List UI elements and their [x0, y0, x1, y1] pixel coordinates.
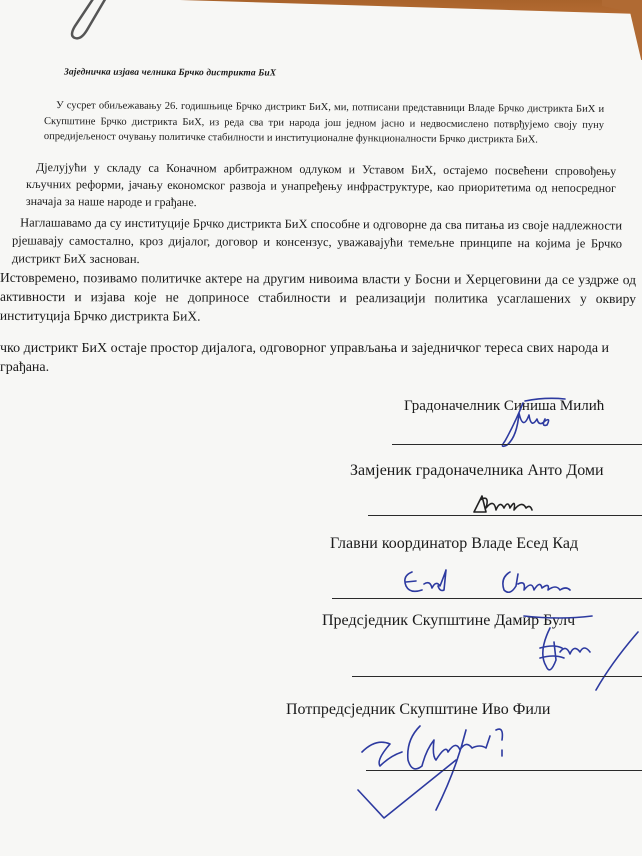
signature-2: [470, 490, 560, 525]
signature-line-5: [366, 770, 642, 771]
document-title: Заједничка изјава челника Брчко дистрикт…: [64, 67, 276, 78]
paragraph-2: Дјелујући у складу са Коначном арбитражн…: [26, 159, 616, 214]
signatory-2-title: Замјеник градоначелника Анто Доми: [350, 462, 604, 480]
signature-4: [520, 612, 642, 707]
signature-line-4: [352, 676, 642, 677]
signature-line-1: [392, 444, 642, 445]
paragraph-5: чко дистрикт БиХ остаје простор дијалога…: [0, 339, 620, 377]
paragraph-4: Истовремено, позивамо политичке актере н…: [0, 268, 636, 327]
paragraph-3: Наглашавамо да су институције Брчко дист…: [12, 213, 622, 270]
signature-3: [400, 566, 600, 607]
signature-line-2: [368, 515, 642, 516]
paperclip-icon: [55, 0, 115, 45]
signature-line-3: [332, 598, 642, 599]
paragraph-1: У сусрет обиљежавању 26. годишњице Брчко…: [44, 98, 604, 148]
signatory-3-title: Главни координатор Владе Есед Кад: [330, 535, 578, 553]
signature-5: [356, 700, 596, 835]
signature-1: [495, 393, 575, 458]
